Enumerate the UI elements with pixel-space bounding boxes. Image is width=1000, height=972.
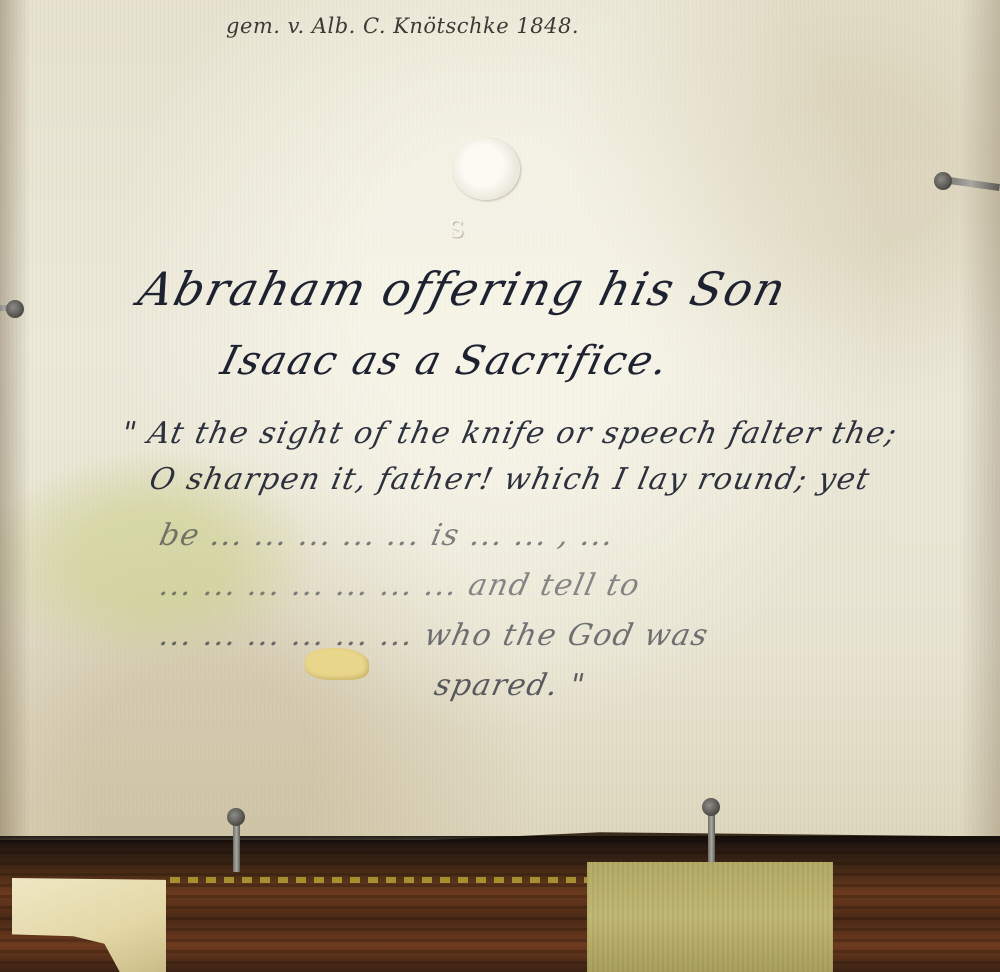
- quote-line-6: spared. ": [431, 668, 589, 703]
- quote-line-3: be ... ... ... ... ... is ... ... , ...: [156, 518, 618, 553]
- quote-line-4: ... ... ... ... ... ... ... and tell to: [156, 568, 644, 603]
- title-line-1: Abraham offering his Son: [133, 262, 793, 316]
- manuscript-photo: S gem. v. Alb. C. Knötschke 1848. Abraha…: [0, 0, 1000, 972]
- title-line-2: Isaac as a Sacrifice.: [216, 338, 674, 384]
- quote-line-5: ... ... ... ... ... ... who the God was: [156, 618, 712, 653]
- paper-tape-label: [587, 862, 833, 972]
- embossed-seal: [452, 138, 520, 200]
- quote-line-2: O sharpen it, father! which I lay round;…: [146, 462, 873, 497]
- paint-fleck: [170, 877, 590, 883]
- embossed-letter: S: [449, 218, 464, 243]
- quote-line-1: " At the sight of the knife or speech fa…: [118, 416, 901, 451]
- artist-signature-note: gem. v. Alb. C. Knötschke 1848.: [226, 14, 579, 38]
